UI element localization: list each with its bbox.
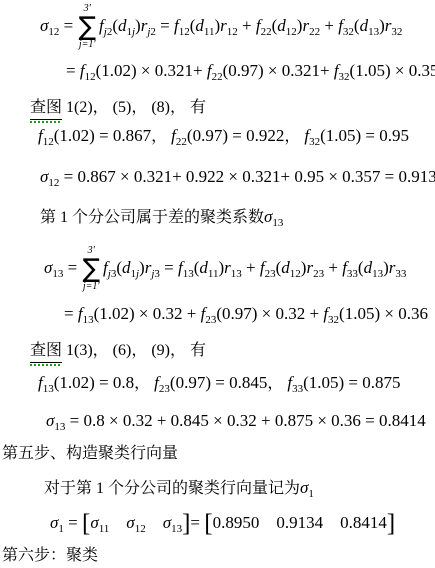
math-variable: σ [90, 513, 98, 532]
subscript: 22 [176, 136, 187, 148]
math-text: (1.02) = 0.867 [54, 126, 151, 145]
math-text: = [64, 304, 78, 323]
math-text: + [242, 258, 260, 277]
formula-sigma12-definition: σ12 = 3'∑j=1'fj2(d1j)rj2 = f12(d11)r12 +… [40, 4, 402, 50]
math-variable: d [364, 258, 373, 277]
math-text: = [160, 258, 178, 277]
subscript: 13 [231, 268, 242, 280]
math-text: (1.05) = 0.875 [303, 373, 400, 392]
cjk-text: 对于第 1 个分公司的聚类行向量记为 [44, 480, 300, 497]
formula-sigma13-substitution: = f13(1.02) × 0.32 + f23(0.97) × 0.32 + … [64, 303, 428, 331]
step5-intro: 对于第 1 个分公司的聚类行向量记为σ1 [44, 477, 314, 505]
cjk-text: ， [284, 128, 304, 145]
math-text: (0.97) = 0.922 [187, 126, 284, 145]
heading-sigma13: 第 1 个分公司属于差的聚类系数σ13 [40, 206, 283, 234]
subscript: 13 [52, 268, 63, 280]
subscript: 22 [212, 71, 223, 83]
subscript: 12 [179, 26, 190, 38]
cjk-text: 第六步：聚类 [2, 547, 98, 564]
math-text: = [63, 258, 81, 277]
cjk-text: 第五步、构造聚类行向量 [2, 445, 178, 462]
subscript: 13 [372, 268, 383, 280]
formula-sigma13-definition: σ13 = 3'∑j=1'fj3(d1j)rj3 = f13(d11)r13 +… [44, 246, 406, 292]
underlined-term: 查图 [30, 340, 62, 367]
subscript: 23 [159, 383, 170, 395]
math-text: (1.05) × 0.357 [350, 61, 435, 80]
formula-cluster-vector: σ1 = [σ11σ12σ13]= [0.89500.91340.8414] [50, 512, 395, 540]
formula-sigma12-substitution: = f12(1.02) × 0.321+ f22(0.97) × 0.321+ … [66, 60, 435, 88]
math-text: = [64, 513, 82, 532]
math-text: = 0.867 × 0.321+ 0.922 × 0.321+ 0.95 × 0… [59, 167, 435, 186]
subscript: 33 [395, 268, 406, 280]
math-text: = [66, 61, 80, 80]
summation-symbol: 3'∑j=1' [82, 246, 100, 292]
subscript: 32 [309, 136, 320, 148]
math-text: + [238, 16, 256, 35]
math-variable: d [199, 258, 208, 277]
math-text: = 0.8 × 0.32 + 0.845 × 0.32 + 0.875 × 0.… [65, 411, 425, 430]
math-text: + [320, 16, 338, 35]
subscript: 13 [171, 523, 182, 535]
math-variable: d [281, 258, 290, 277]
subscript: 32 [391, 26, 402, 38]
math-text: (1.02) × 0.32 + [94, 304, 201, 323]
values-row3: f13(1.02) = 0.8， f23(0.97) = 0.845， f33(… [38, 372, 401, 400]
formula-sigma13-result: σ13 = 0.8 × 0.32 + 0.845 × 0.32 + 0.875 … [46, 410, 426, 438]
lookup-figure-row3: 查图 1(3)， (6)， (9)， 有 [30, 339, 206, 367]
subscript: 12 [135, 523, 146, 535]
math-text: (1.05) × 0.36 [339, 304, 428, 323]
cjk-text: ， [151, 128, 171, 145]
subscript: 11 [204, 26, 215, 38]
subscript: 12 [48, 177, 59, 189]
subscript: 12 [227, 26, 238, 38]
math-text: 0.8414 [340, 513, 387, 532]
subscript: 32 [328, 314, 339, 326]
step6-heading: 第六步：聚类 [2, 544, 98, 567]
underlined-term: 查图 [30, 97, 62, 124]
subscript: 13 [83, 314, 94, 326]
summation-symbol: 3'∑j=1' [78, 4, 96, 50]
lookup-figure-row2: 查图 1(2)， (5)， (8)， 有 [30, 96, 206, 124]
subscript: 12 [290, 268, 301, 280]
cjk-text: ， [134, 375, 154, 392]
subscript: 23 [265, 268, 276, 280]
math-text: (1.02) = 0.8 [54, 373, 134, 392]
math-variable: σ [126, 513, 134, 532]
subscript: 33 [292, 383, 303, 395]
subscript: 13 [54, 421, 65, 433]
values-row2: f12(1.02) = 0.867， f22(0.97) = 0.922， f3… [38, 125, 409, 153]
cjk-text: 1(2)， (5)， (8)， 有 [62, 99, 206, 116]
math-variable: d [277, 16, 286, 35]
subscript: 32 [343, 26, 354, 38]
subscript: 23 [313, 268, 324, 280]
math-variable: σ [163, 513, 171, 532]
subscript: 33 [347, 268, 358, 280]
summation-limit: j=1' [83, 282, 100, 292]
subscript: 12 [48, 26, 59, 38]
math-variable: r [220, 16, 227, 35]
subscript: 13 [272, 217, 283, 229]
math-variable: r [224, 258, 231, 277]
subscript: 1 [308, 488, 314, 500]
subscript: 11 [99, 523, 110, 535]
subscript: 12 [43, 136, 54, 148]
subscript: 32 [339, 71, 350, 83]
subscript: 12 [286, 26, 297, 38]
math-text: = [190, 513, 204, 532]
sigma-glyph: ∑ [82, 256, 100, 282]
math-text: (0.97) × 0.32 + [216, 304, 323, 323]
math-text: (0.97) = 0.845 [170, 373, 267, 392]
math-variable: d [195, 16, 204, 35]
math-text: 0.9134 [276, 513, 323, 532]
math-text: 0.8950 [213, 513, 260, 532]
cjk-text: ， [267, 375, 287, 392]
bracket: [ [204, 510, 212, 537]
subscript: 13 [183, 268, 194, 280]
cjk-text: 第 1 个分公司属于差的聚类系数 [40, 209, 264, 226]
math-text: (1.05) = 0.95 [320, 126, 409, 145]
math-text: = [59, 16, 77, 35]
subscript: 22 [309, 26, 320, 38]
step5-heading: 第五步、构造聚类行向量 [2, 442, 178, 465]
math-variable: d [360, 16, 369, 35]
cjk-text: 1(3)， (6)， (9)， 有 [62, 342, 206, 359]
subscript: 13 [368, 26, 379, 38]
subscript: 12 [85, 71, 96, 83]
subscript: 23 [205, 314, 216, 326]
formula-sigma12-result: σ12 = 0.867 × 0.321+ 0.922 × 0.321+ 0.95… [40, 166, 435, 194]
math-text: (0.97) × 0.321+ [223, 61, 334, 80]
sigma-glyph: ∑ [78, 14, 96, 40]
math-text: (1.02) × 0.321+ [96, 61, 207, 80]
math-text: = [156, 16, 174, 35]
bracket: ] [387, 510, 395, 537]
subscript: 22 [261, 26, 272, 38]
subscript: 13 [43, 383, 54, 395]
summation-limit: j=1' [79, 40, 96, 50]
document-page: σ12 = 3'∑j=1'fj2(d1j)rj2 = f12(d11)r12 +… [0, 0, 435, 568]
math-text: + [324, 258, 342, 277]
subscript: 11 [208, 268, 219, 280]
